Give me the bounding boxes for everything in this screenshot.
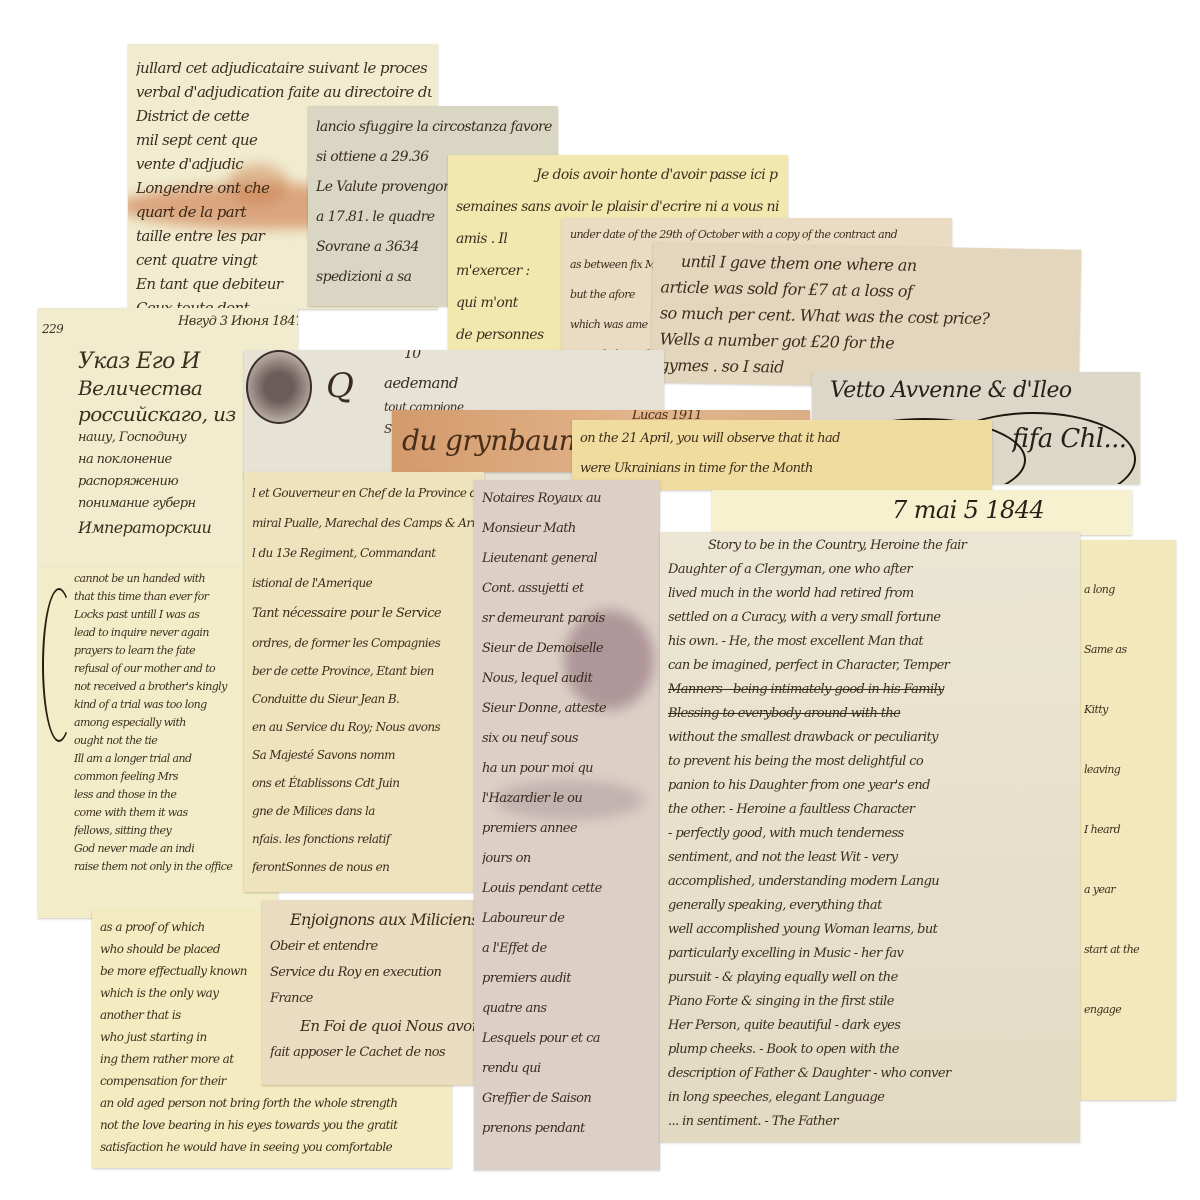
handwriting-line: a l'Effet de — [482, 934, 654, 964]
handwriting-line: that this time than ever for — [74, 588, 272, 606]
struck-handwriting-line: Manners - being intimately good in his F… — [668, 678, 1074, 702]
handwriting-line: istional de l'Amerique — [252, 568, 478, 598]
handwriting-line: sentiment, and not the least Wit - very — [668, 846, 1074, 870]
handwriting-line: ons et Établissons Cdt Juin — [252, 769, 478, 797]
handwriting-line: jours on — [482, 844, 654, 874]
round-seal-stamp — [246, 350, 312, 424]
handwriting-line: accomplished, understanding modern Langu — [668, 870, 1074, 894]
handwriting-line: Sa Majesté Savons nomm — [252, 741, 478, 769]
handwriting-line: Piano Forte & singing in the first stile — [668, 990, 1074, 1014]
handwriting-line: Lesquels pour et ca — [482, 1024, 654, 1054]
sheet-french-quebec: l et Gouverneur en Chef de la Province d… — [244, 472, 484, 892]
handwriting-line: fait apposer le Cachet de nos — [270, 1040, 476, 1066]
handwriting-line: I heard — [1084, 800, 1170, 860]
handwriting-line: well accomplished young Woman learns, bu… — [668, 918, 1074, 942]
handwriting-line: Service du Roy en execution — [270, 960, 476, 986]
handwriting-line: his own. - He, the most excellent Man th… — [668, 630, 1074, 654]
handwriting-line: not received a brother's kingly — [74, 678, 272, 696]
handwriting-line: - perfectly good, with much tenderness — [668, 822, 1074, 846]
date-text: 7 mai 5 1844 — [892, 496, 1044, 524]
handwriting-line: not the love bearing in his eyes towards… — [100, 1114, 446, 1136]
handwriting-line: on the 21 April, you will observe that i… — [580, 424, 986, 454]
handwriting-line: Vetto Avvenne & d'Ileo — [830, 378, 1072, 403]
handwriting-line: description of Father & Daughter - who c… — [668, 1062, 1074, 1086]
handwriting-line: kind of a trial was too long — [74, 696, 272, 714]
handwriting-line: ... in sentiment. - The Father — [668, 1110, 1074, 1134]
handwriting-line: lived much in the world had retired from — [668, 582, 1074, 606]
handwriting-line: l'Hazardier le ou — [482, 784, 654, 814]
handwriting-line: Je dois avoir honte d'avoir passe ici p — [456, 159, 782, 191]
handwriting-line: settled on a Curacy, with a very small f… — [668, 606, 1074, 630]
handwriting-line: Story to be in the Country, Heroine the … — [668, 534, 1074, 558]
handwriting-line: quatre ans — [482, 994, 654, 1024]
handwriting-line: cannot be un handed with — [74, 570, 272, 588]
letter-date: Нвгуд 3 Июня 1847 — [178, 314, 298, 329]
handwriting-line: ferontSonnes de nous en — [252, 853, 478, 881]
handwriting-line: among especially with — [74, 714, 272, 732]
corner-number: 229 — [42, 322, 63, 336]
handwriting-line: gne de Milices dans la — [252, 797, 478, 825]
handwriting-line: jullard cet adjudicataire suivant le pro… — [136, 56, 432, 80]
handwriting-line: En Foi de quoi Nous avons — [270, 1012, 476, 1040]
handwriting-line: sr demeurant parois — [482, 604, 654, 634]
handwriting-line: lancio sfuggire la circostanza favorevol… — [316, 112, 552, 142]
handwriting-line: Cont. assujetti et — [482, 574, 654, 604]
handwriting-line: panion to his Daughter from one year's e… — [668, 774, 1074, 798]
handwriting-line: aedemand — [384, 370, 658, 396]
handwriting-line: ber de cette Province, Etant bien — [252, 657, 478, 685]
handwriting-line: without the smallest drawback or peculia… — [668, 726, 1074, 750]
handwriting-line: Lieutenant general — [482, 544, 654, 574]
handwriting-line: Locks past untill I was as — [74, 606, 272, 624]
sheet-english-clergyman: Story to be in the Country, Heroine the … — [660, 532, 1080, 1142]
handwriting-line: Monsieur Math — [482, 514, 654, 544]
handwriting-line: the other. - Heroine a faultless Charact… — [668, 798, 1074, 822]
handwriting-line: nfais. les fonctions relatif — [252, 825, 478, 853]
margin-flourish — [42, 588, 76, 742]
handwriting-line: prayers to learn the fate — [74, 642, 272, 660]
handwriting-line: Obeir et entendre — [270, 934, 476, 960]
handwriting-line: Greffier de Saison — [482, 1084, 654, 1114]
handwriting-line: an old aged person not bring forth the w… — [100, 1092, 446, 1114]
handwriting-line: in long speeches, elegant Language — [668, 1086, 1074, 1110]
sheet-french-enjoignons: Enjoignons aux Miliciens Obeir et entend… — [262, 900, 482, 1085]
handwriting-line: fellows, sitting they — [74, 822, 272, 840]
handwriting-line: ordres, de former les Compagnies — [252, 629, 478, 657]
handwriting-line: particularly excelling in Music - her fa… — [668, 942, 1074, 966]
sheet-right-edge: a long Same as Kitty leaving I heard a y… — [1080, 540, 1176, 1100]
sheet-english-brother: cannot be un handed with that this time … — [38, 568, 278, 918]
handwriting-line: raise them not only in the office — [74, 858, 272, 876]
struck-handwriting-line: Blessing to everybody around with the — [668, 702, 1074, 726]
handwriting-line: common feeling Mrs — [74, 768, 272, 786]
handwriting-line: prenons pendant — [482, 1114, 654, 1144]
handwriting-line: a year — [1084, 860, 1170, 920]
handwriting-line: Laboureur de — [482, 904, 654, 934]
flourish-initial: Q — [326, 366, 353, 406]
handwriting-line: Conduitte du Sieur Jean B. — [252, 685, 478, 713]
sheet-french-purple: Notaires Royaux au Monsieur Math Lieuten… — [474, 480, 660, 1170]
handwriting-line: Louis pendant cette — [482, 874, 654, 904]
handwriting-line: a long — [1084, 560, 1170, 620]
handwriting-line: premiers audit — [482, 964, 654, 994]
handwriting-line: du grynbaum — [402, 424, 585, 457]
handwriting-line: refusal of our mother and to — [74, 660, 272, 678]
handwriting-line: l et Gouverneur en Chef de la Province d… — [252, 478, 478, 508]
handwriting-line: Her Person, quite beautiful - dark eyes — [668, 1014, 1074, 1038]
handwriting-line: start at the — [1084, 920, 1170, 980]
handwriting-line: Enjoignons aux Miliciens — [270, 906, 476, 934]
sheet-number: 10 — [404, 350, 421, 362]
handwriting-line: Daughter of a Clergyman, one who after — [668, 558, 1074, 582]
handwriting-line: ha un pour moi qu — [482, 754, 654, 784]
signature: fifa Chl... — [1012, 424, 1126, 454]
handwriting-line: Sieur de Demoiselle — [482, 634, 654, 664]
handwriting-line: God never made an indi — [74, 840, 272, 858]
handwriting-line: en au Service du Roy; Nous avons — [252, 713, 478, 741]
handwriting-line: ought not the tie — [74, 732, 272, 750]
handwriting-line: plump cheeks. - Book to open with the — [668, 1038, 1074, 1062]
handwriting-line: Nous, lequel audit — [482, 664, 654, 694]
handwriting-line: lead to inquire never again — [74, 624, 272, 642]
handwriting-line: Ill am a longer trial and — [74, 750, 272, 768]
handwriting-line: Notaires Royaux au — [482, 484, 654, 514]
handwriting-line: miral Pualle, Marechal des Camps & Armee… — [252, 508, 478, 538]
handwriting-line: France — [270, 986, 476, 1012]
handwriting-line: less and those in the — [74, 786, 272, 804]
handwriting-line: come with them it was — [74, 804, 272, 822]
handwriting-line: premiers annee — [482, 814, 654, 844]
handwriting-line: rendu qui — [482, 1054, 654, 1084]
handwriting-line: pursuit - & playing equally well on the — [668, 966, 1074, 990]
handwriting-line: verbal d'adjudication faite au directoir… — [136, 80, 432, 104]
handwriting-line: six ou neuf sous — [482, 724, 654, 754]
handwriting-line: to prevent his being the most delightful… — [668, 750, 1074, 774]
handwriting-line: engage — [1084, 980, 1170, 1040]
handwriting-line: Same as — [1084, 620, 1170, 680]
handwriting-line: Tant nécessaire pour le Service — [252, 598, 478, 629]
sheet-english-cost-price: until I gave them one where an article w… — [651, 242, 1081, 389]
sheet-date-strip: 7 mai 5 1844 — [712, 490, 1132, 535]
handwriting-line: Kitty — [1084, 680, 1170, 740]
handwriting-line: l du 13e Regiment, Commandant — [252, 538, 478, 568]
handwriting-line: Sieur Donne, atteste — [482, 694, 654, 724]
handwriting-line: satisfaction he would have in seeing you… — [100, 1136, 446, 1158]
handwriting-line: generally speaking, everything that — [668, 894, 1074, 918]
handwriting-line: can be imagined, perfect in Character, T… — [668, 654, 1074, 678]
handwriting-line: leaving — [1084, 740, 1170, 800]
